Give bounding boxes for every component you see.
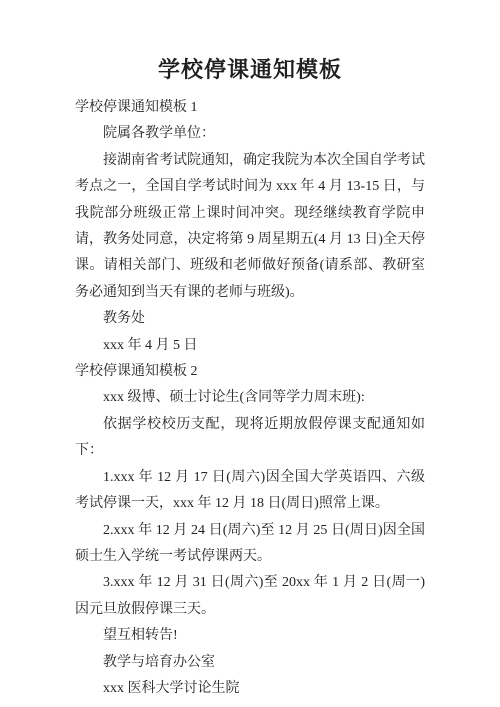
paragraph: xxx 级博、硕士讨论生(含同等学力周末班):: [75, 385, 425, 411]
paragraph: 教学与培育办公室: [75, 650, 425, 676]
paragraph: xxx 年 4 月 5 日: [75, 333, 425, 359]
paragraph: 院属各教学单位：: [75, 121, 425, 147]
paragraph: 依据学校校历支配，现将近期放假停课支配通知如下：: [75, 412, 425, 465]
document-title: 学校停课通知模板: [0, 0, 500, 84]
document-page: 学校停课通知模板 学校停课通知模板 1院属各教学单位：接湖南省考试院通知，确定我…: [0, 0, 500, 707]
paragraph: 教务处: [75, 306, 425, 332]
paragraph: 2.xxx 年 12 月 24 日(周六)至 12 月 25 日(周日)因全国硕…: [75, 518, 425, 571]
paragraph: 3.xxx 年 12 月 31 日(周六)至 20xx 年 1 月 2 日(周一…: [75, 570, 425, 623]
section-heading: 学校停课通知模板 2: [75, 359, 425, 385]
document-body: 学校停课通知模板 1院属各教学单位：接湖南省考试院通知，确定我院为本次全国自学考…: [75, 95, 425, 702]
paragraph: xxx 医科大学讨论生院: [75, 676, 425, 702]
section-heading: 学校停课通知模板 1: [75, 95, 425, 121]
paragraph: 望互相转告!: [75, 623, 425, 649]
paragraph: 接湖南省考试院通知，确定我院为本次全国自学考试考点之一，全国自学考试时间为 xx…: [75, 148, 425, 306]
paragraph: 1.xxx 年 12 月 17 日(周六)因全国大学英语四、六级考试停课一天，x…: [75, 465, 425, 518]
